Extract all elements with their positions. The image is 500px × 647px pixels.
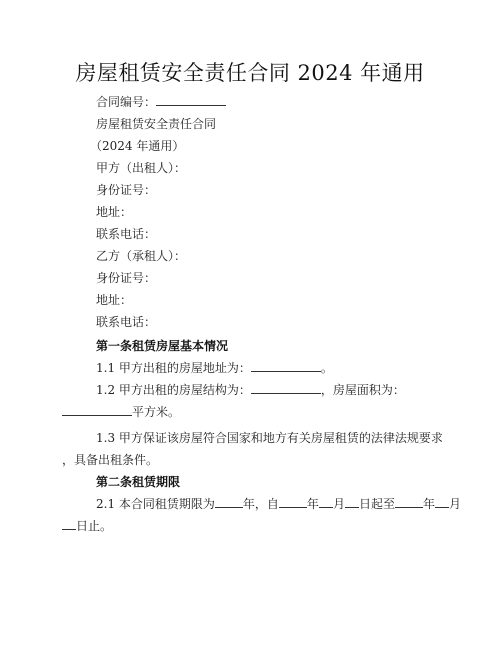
- clause-1-3-line2: ，具备出租条件。: [62, 452, 158, 468]
- start-year-blank[interactable]: [279, 496, 307, 508]
- party-a-phone-label: 联系电话：: [96, 226, 156, 242]
- party-a-id-label: 身份证号：: [96, 182, 156, 198]
- end-year-blank[interactable]: [395, 496, 423, 508]
- year-note: （2024 年通用）: [90, 138, 184, 154]
- clause-1-1-end: 。: [321, 361, 333, 375]
- clause-2-1-from: 年，自: [243, 497, 279, 511]
- end-month-blank[interactable]: [435, 496, 449, 508]
- clause-1-2-mid: ，房屋面积为：: [321, 383, 405, 397]
- term-years-blank[interactable]: [215, 496, 243, 508]
- clause-2-1-end: 日止。: [76, 519, 112, 533]
- day-to-label: 日起至: [359, 497, 395, 511]
- party-b-phone-label: 联系电话：: [96, 314, 156, 330]
- year-label: 年: [307, 497, 319, 511]
- contract-number-label: 合同编号：: [96, 95, 156, 109]
- party-b-address-label: 地址：: [96, 292, 132, 308]
- clause-1-2-cont: 平方米。: [62, 404, 180, 420]
- end-year-label: 年: [423, 497, 435, 511]
- clause-1-1-text: 1.1 甲方出租的房屋地址为：: [96, 361, 251, 375]
- end-month-label: 月: [449, 497, 461, 511]
- contract-number-line: 合同编号：: [96, 94, 226, 110]
- start-month-blank[interactable]: [319, 496, 333, 508]
- party-a-address-label: 地址：: [96, 204, 132, 220]
- clause-1-2-end: 平方米。: [132, 405, 180, 419]
- clause-1-1: 1.1 甲方出租的房屋地址为：。: [96, 360, 333, 376]
- address-blank[interactable]: [251, 360, 321, 372]
- contract-number-blank[interactable]: [156, 94, 226, 106]
- document-title: 房屋租赁安全责任合同 2024 年通用: [0, 58, 500, 88]
- article-2-heading: 第二条租赁期限: [96, 474, 180, 490]
- party-a-label: 甲方（出租人）：: [96, 160, 186, 176]
- end-day-blank[interactable]: [62, 518, 76, 530]
- month-label: 月: [333, 497, 345, 511]
- clause-2-1: 2.1 本合同租赁期限为年，自年月日起至年月: [96, 496, 461, 512]
- clause-1-3-line1: 1.3 甲方保证该房屋符合国家和地方有关房屋租赁的法律法规要求: [96, 430, 443, 446]
- subtitle: 房屋租赁安全责任合同: [96, 116, 216, 132]
- structure-blank[interactable]: [251, 382, 321, 394]
- clause-2-1-text: 2.1 本合同租赁期限为: [96, 497, 215, 511]
- article-1-heading: 第一条租赁房屋基本情况: [96, 338, 228, 354]
- start-day-blank[interactable]: [345, 496, 359, 508]
- clause-2-1-cont: 日止。: [62, 518, 112, 534]
- clause-1-2-text: 1.2 甲方出租的房屋结构为：: [96, 383, 251, 397]
- party-b-label: 乙方（承租人）：: [96, 248, 186, 264]
- party-b-id-label: 身份证号：: [96, 270, 156, 286]
- clause-1-2: 1.2 甲方出租的房屋结构为：，房屋面积为：: [96, 382, 405, 398]
- area-blank[interactable]: [62, 404, 132, 416]
